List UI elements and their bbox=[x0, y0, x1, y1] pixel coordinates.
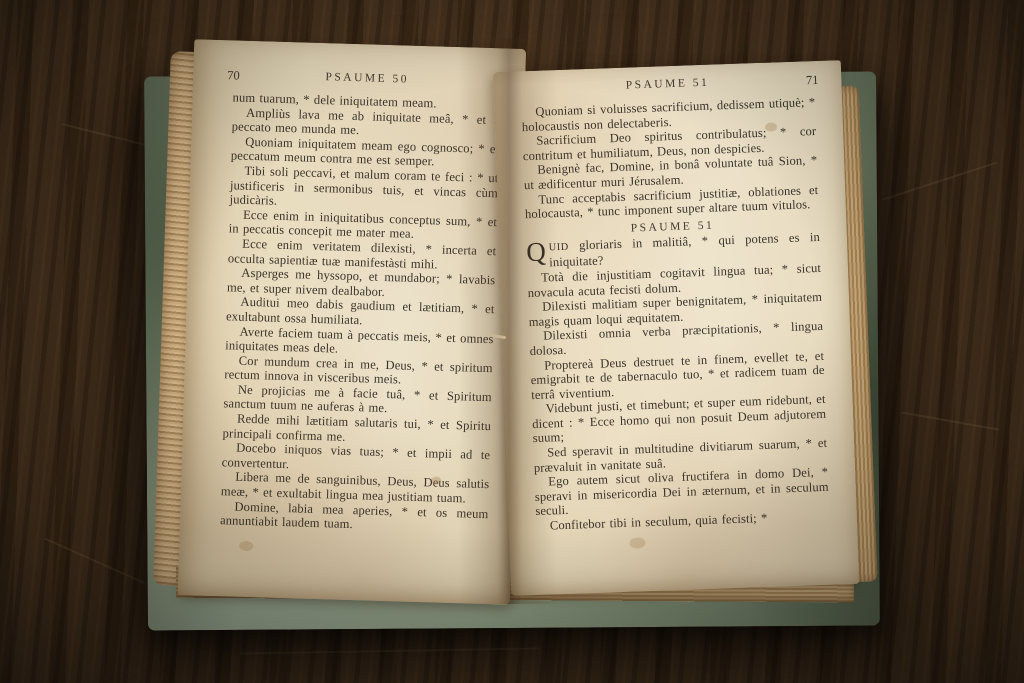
psalm51-verses: Totà die injustitiam cogitavit lingua tu… bbox=[527, 261, 830, 534]
psalm50-verses: num tuarum, * dele iniquitatem meam. Amp… bbox=[220, 90, 501, 536]
right-page-number: 71 bbox=[806, 73, 819, 88]
dropcap-smallcaps: uid bbox=[549, 241, 569, 253]
left-page-text: 70 PSAUME 50 num tuarum, * dele iniquita… bbox=[180, 39, 526, 536]
left-page: 70 PSAUME 50 num tuarum, * dele iniquita… bbox=[178, 39, 526, 605]
left-running-head: PSAUME 50 bbox=[233, 68, 501, 88]
photo-open-book-scene: 70 PSAUME 50 num tuarum, * dele iniquita… bbox=[0, 0, 1024, 683]
age-spot bbox=[239, 541, 253, 551]
psalm-verse: Tibi soli peccavi, et malum coram te fec… bbox=[229, 163, 498, 215]
age-spot bbox=[629, 537, 645, 549]
right-page: PSAUME 51 71 Quoniam si voluisses sacrif… bbox=[493, 60, 859, 596]
left-page-number: 70 bbox=[227, 68, 240, 83]
right-page-text: PSAUME 51 71 Quoniam si voluisses sacrif… bbox=[493, 60, 857, 534]
psalm50-end-verses: Quoniam si voluisses sacrificium, dediss… bbox=[521, 95, 819, 222]
right-running-head: PSAUME 51 bbox=[520, 73, 814, 95]
left-running-head-row: 70 PSAUME 50 bbox=[233, 68, 501, 94]
dropcap-letter-q: Q bbox=[526, 239, 549, 264]
